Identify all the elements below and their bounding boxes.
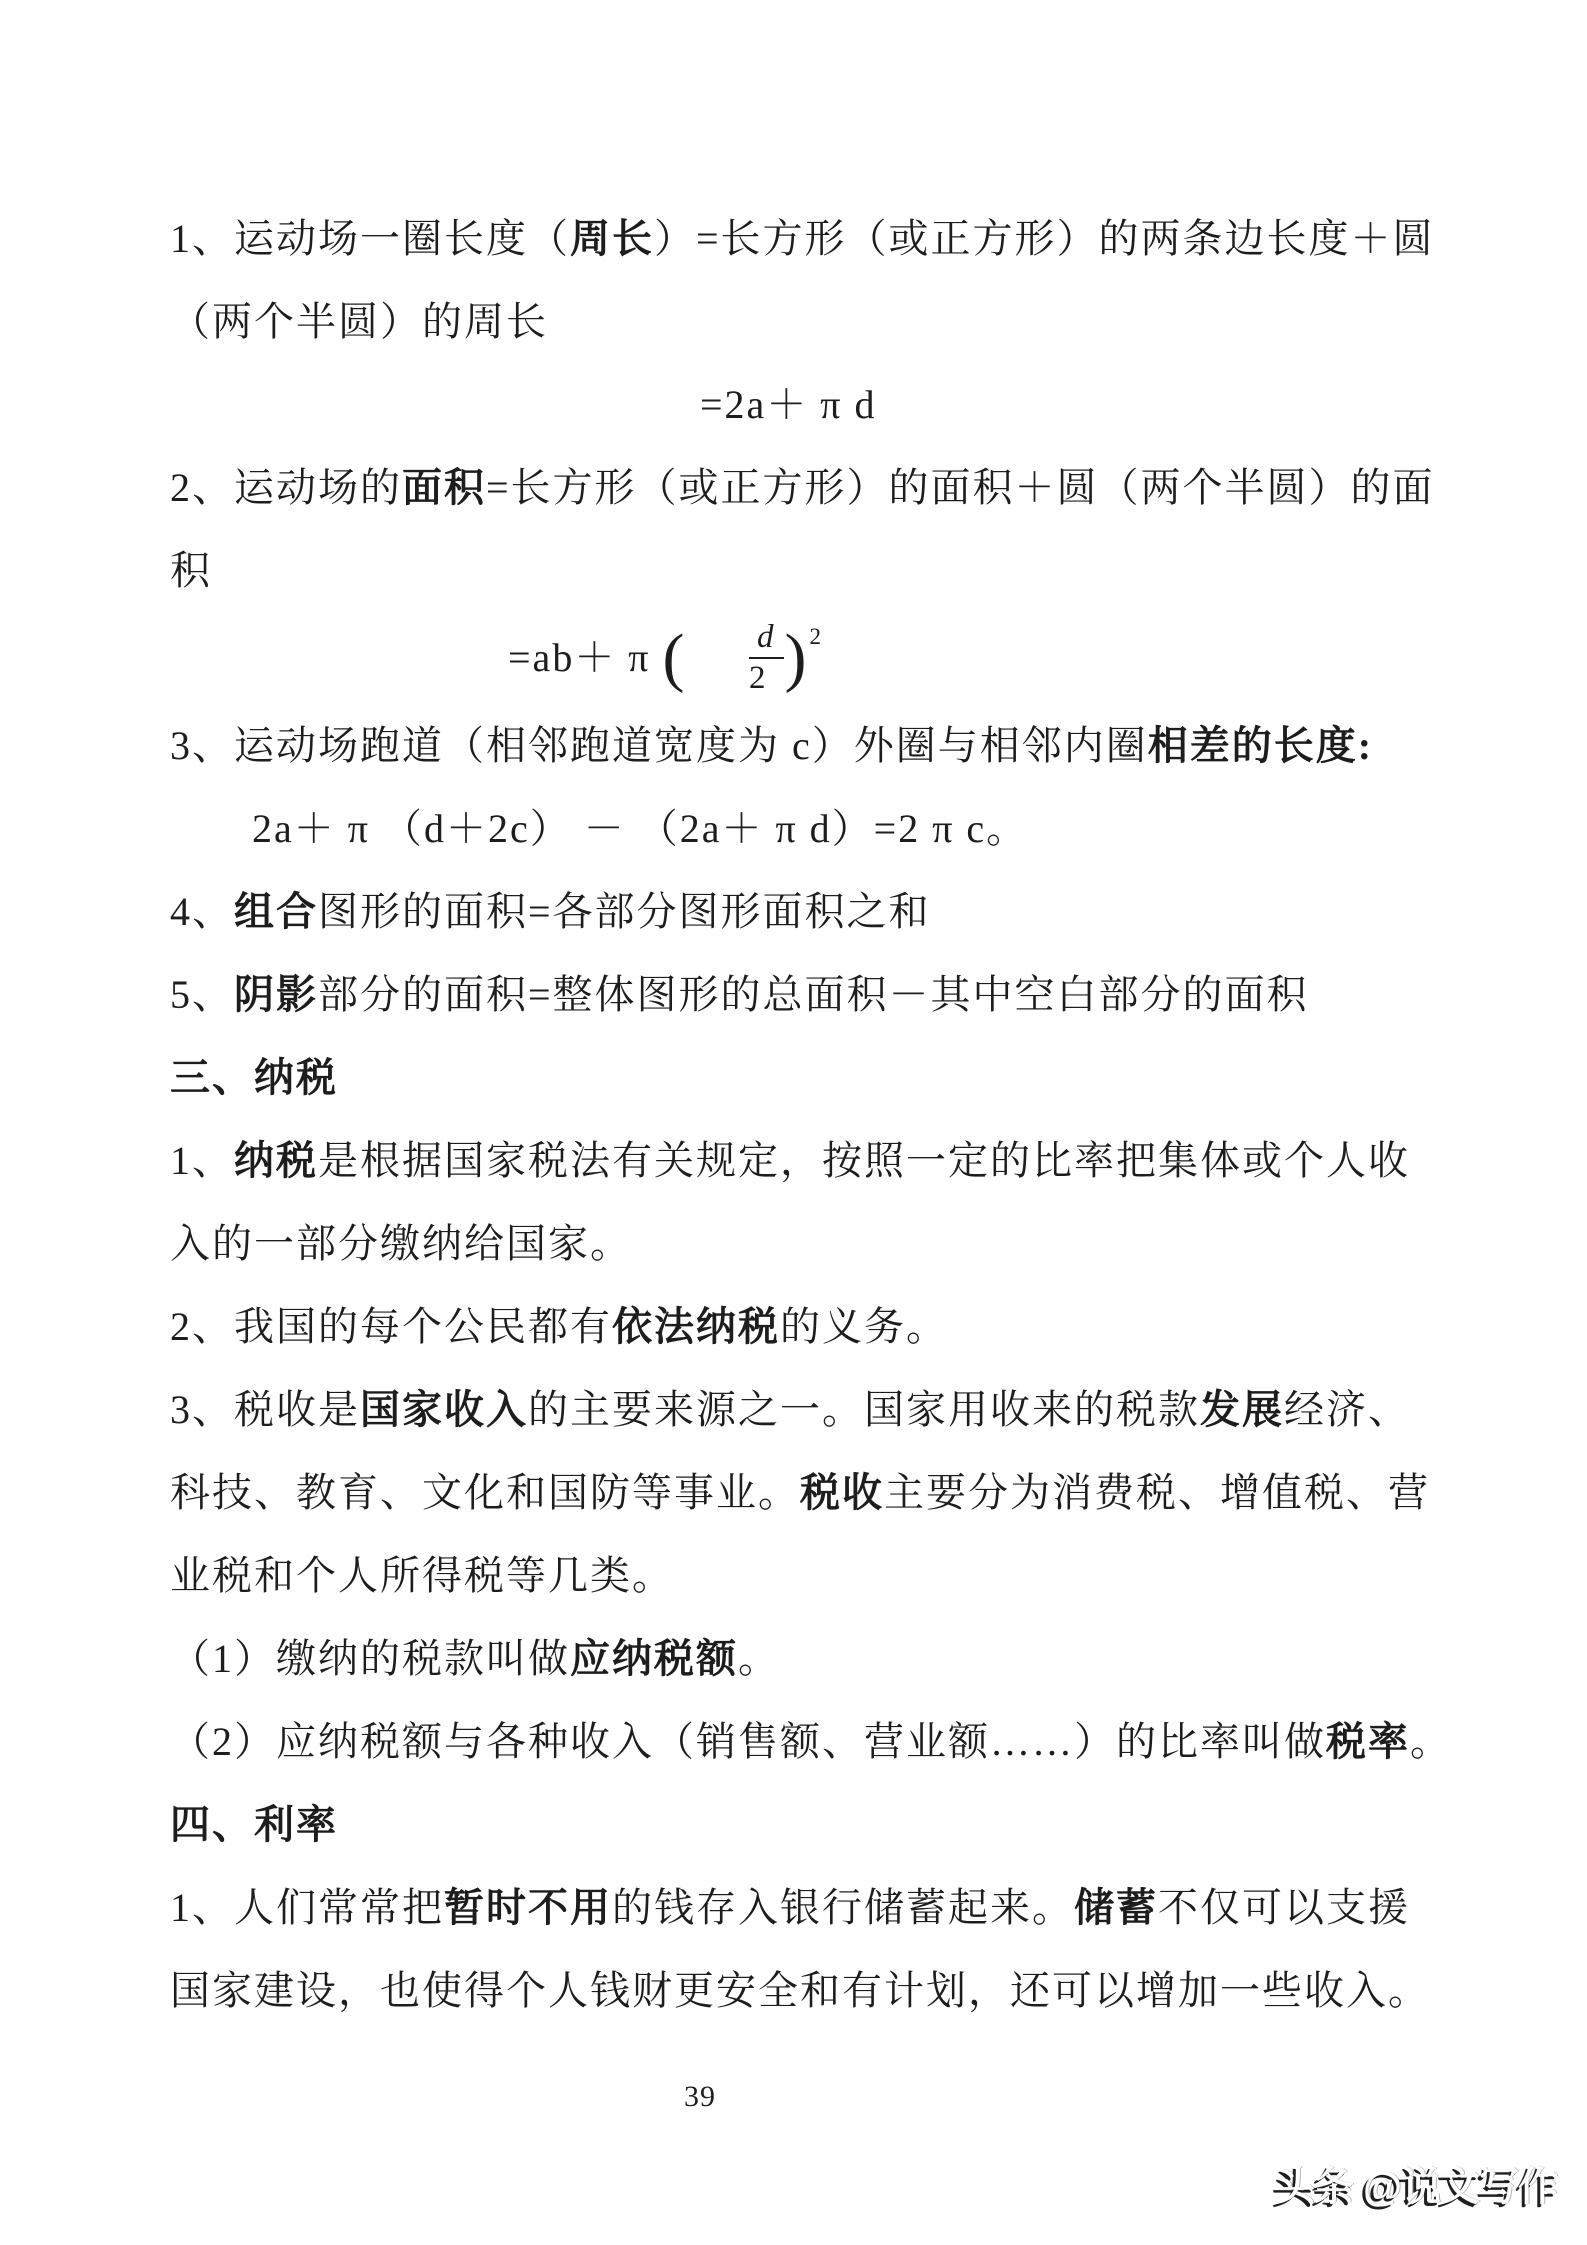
formula-perimeter: =2a＋ π d: [170, 363, 1457, 446]
text-segment: 的钱存入银行储蓄起来。: [612, 1888, 1074, 1928]
text-segment: 阴影: [234, 975, 318, 1015]
text-segment: 2、我国的每个公民都有: [170, 1307, 612, 1347]
text-segment: =长方形（或正方形）的面积＋圆（两个半圆）的面: [486, 468, 1435, 508]
watermark-toutiao: 头条 @说文写作: [1275, 2155, 1557, 2212]
text-segment: 2、运动场的: [170, 468, 402, 508]
text-segment: 组合: [234, 892, 318, 932]
text-segment: 是根据国家税法有关规定，按照一定的比率把集体或个人收: [318, 1141, 1410, 1181]
formula-track-difference: 2a＋ π （d＋2c） － （2a＋ π d）=2 π c。: [170, 787, 1457, 870]
text-segment: 科技、教育、文化和国防等事业。: [170, 1473, 800, 1513]
document-line: 4、组合图形的面积=各部分图形面积之和: [170, 870, 1457, 953]
text-segment: 1、运动场一圈长度（: [170, 219, 570, 259]
text-segment: 三、纳税: [170, 1058, 338, 1098]
text-segment: 的义务。: [780, 1307, 948, 1347]
text-segment: 经济、: [1284, 1390, 1410, 1430]
exponent: 2: [809, 625, 823, 648]
text-segment: 储蓄: [1074, 1888, 1158, 1928]
text-segment: 税率: [1326, 1722, 1410, 1762]
text-segment: 部分的面积=整体图形的总面积－其中空白部分的面积: [318, 975, 1309, 1015]
text-segment: =2a＋ π d: [700, 385, 877, 425]
section-heading-interest-rate: 四、利率: [170, 1783, 1457, 1866]
fraction-numerator: d: [749, 621, 784, 659]
text-segment: 。: [738, 1639, 780, 1679]
text-segment: 积: [170, 551, 212, 591]
document-line: 1、人们常常把暂时不用的钱存入银行储蓄起来。储蓄不仅可以支援: [170, 1866, 1457, 1949]
document-line: 业税和个人所得税等几类。: [170, 1534, 1457, 1617]
document-line: 入的一部分缴纳给国家。: [170, 1202, 1457, 1285]
fraction-denominator: 2: [749, 659, 768, 695]
document-line: 1、运动场一圈长度（周长）=长方形（或正方形）的两条边长度＋圆: [170, 197, 1457, 280]
text-segment: 业税和个人所得税等几类。: [170, 1556, 674, 1596]
text-segment: 相差的长度:: [1148, 726, 1373, 766]
section-heading-taxation: 三、纳税: [170, 1036, 1457, 1119]
text-segment: 3、运动场跑道（相邻跑道宽度为 c）外圈与相邻内圈: [170, 726, 1148, 766]
text-segment: ）=长方形（或正方形）的两条边长度＋圆: [654, 219, 1435, 259]
open-paren: (: [663, 628, 687, 687]
document-line: 1、纳税是根据国家税法有关规定，按照一定的比率把集体或个人收: [170, 1119, 1457, 1202]
document-line: 2、运动场的面积=长方形（或正方形）的面积＋圆（两个半圆）的面: [170, 446, 1457, 529]
document-line: 2、我国的每个公民都有依法纳税的义务。: [170, 1285, 1457, 1368]
text-segment: 。: [1410, 1722, 1452, 1762]
text-segment: 国家建设，也使得个人钱财更安全和有计划，还可以增加一些收入。: [170, 1971, 1430, 2011]
text-segment: 周长: [570, 219, 654, 259]
text-segment: 面积: [402, 468, 486, 508]
document-line: 国家建设，也使得个人钱财更安全和有计划，还可以增加一些收入。: [170, 1949, 1457, 2032]
text-segment: 税收: [800, 1473, 884, 1513]
text-segment: 纳税: [234, 1141, 318, 1181]
text-segment: 入的一部分缴纳给国家。: [170, 1224, 632, 1264]
text-segment: 依法纳税: [612, 1307, 780, 1347]
document-line: 3、税收是国家收入的主要来源之一。国家用收来的税款发展经济、: [170, 1368, 1457, 1451]
text-segment: 5、: [170, 975, 234, 1015]
text-segment: 的主要来源之一。国家用收来的税款: [528, 1390, 1200, 1430]
text-segment: 应纳税额: [570, 1639, 738, 1679]
text-segment: 1、: [170, 1141, 234, 1181]
text-segment: 图形的面积=各部分图形面积之和: [318, 892, 931, 932]
text-segment: 2a＋ π （d＋2c） － （2a＋ π d）=2 π c。: [252, 809, 1028, 849]
formula-area: =ab＋ π ( d 2 ) 2: [170, 612, 1457, 704]
document-line: （1）缴纳的税款叫做应纳税额。: [170, 1617, 1457, 1700]
document-line: （两个半圆）的周长: [170, 280, 1457, 363]
document-line: 科技、教育、文化和国防等事业。税收主要分为消费税、增值税、营: [170, 1451, 1457, 1534]
document-line: 5、阴影部分的面积=整体图形的总面积－其中空白部分的面积: [170, 953, 1457, 1036]
text-segment: （2）应纳税额与各种收入（销售额、营业额……）的比率叫做: [170, 1722, 1326, 1762]
text-segment: 发展: [1200, 1390, 1284, 1430]
document-line: 3、运动场跑道（相邻跑道宽度为 c）外圈与相邻内圈相差的长度:: [170, 704, 1457, 787]
page-number: 39: [684, 2080, 716, 2114]
document-line: 积: [170, 529, 1457, 612]
text-segment: 1、人们常常把: [170, 1888, 444, 1928]
document-page: 1、运动场一圈长度（周长）=长方形（或正方形）的两条边长度＋圆 （两个半圆）的周…: [0, 0, 1587, 2245]
text-segment: 国家收入: [360, 1390, 528, 1430]
text-segment: 3、税收是: [170, 1390, 360, 1430]
text-segment: 主要分为消费税、增值税、营: [884, 1473, 1430, 1513]
text-segment: （1）缴纳的税款叫做: [170, 1639, 570, 1679]
text-segment: （两个半圆）的周长: [170, 302, 548, 342]
text-segment: 不仅可以支援: [1158, 1888, 1410, 1928]
text-segment: 4、: [170, 892, 234, 932]
text-segment: 暂时不用: [444, 1888, 612, 1928]
fraction-d-over-2: d 2: [688, 588, 784, 728]
formula-prefix: =ab＋ π: [508, 638, 663, 678]
document-line: （2）应纳税额与各种收入（销售额、营业额……）的比率叫做税率。: [170, 1700, 1457, 1783]
close-paren: ): [785, 628, 809, 687]
text-segment: 四、利率: [170, 1805, 338, 1845]
